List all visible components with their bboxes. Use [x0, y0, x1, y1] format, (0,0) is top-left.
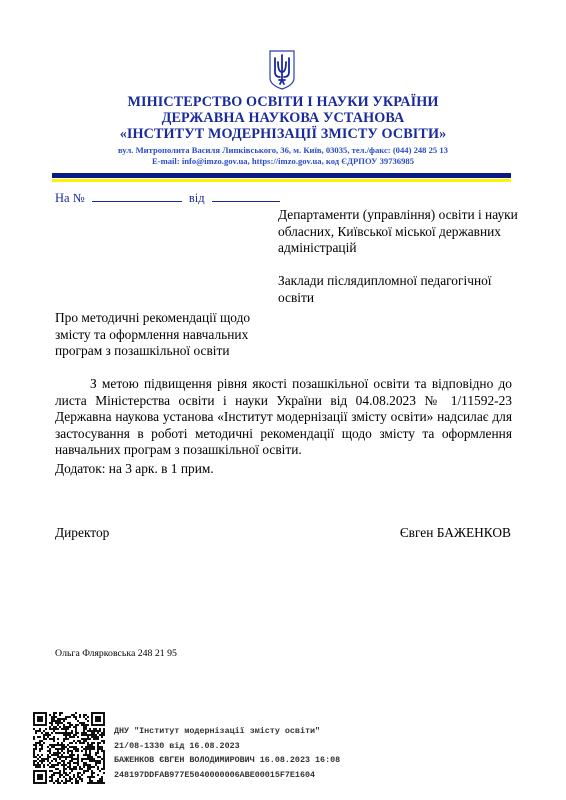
- reference-line: На № від: [55, 189, 280, 206]
- letter-body: З метою підвищення рівня якості позашкіл…: [55, 376, 512, 459]
- e-signature-signer: БАЖЕНКОВ ЄВГЕН ВОЛОДИМИРОВИЧ 16.08.2023 …: [114, 753, 340, 768]
- addressee-postgraduate-institutions: Заклади післядипломної педагогічної осві…: [278, 273, 528, 306]
- reference-number-blank: [92, 189, 182, 202]
- org-title-institute: «ІНСТИТУТ МОДЕРНІЗАЦІЇ ЗМІСТУ ОСВІТИ»: [0, 126, 566, 142]
- qr-code-icon: [33, 712, 105, 784]
- letter-subject: Про методичні рекомендації щодо змісту т…: [55, 310, 285, 360]
- addressee-departments: Департаменти (управління) освіти і науки…: [278, 207, 528, 257]
- org-contacts: E-mail: info@imzo.gov.ua, https://imzo.g…: [0, 156, 566, 167]
- tryzub-coat-of-arms-icon: [268, 50, 296, 90]
- header-divider-yellow: [52, 179, 511, 182]
- e-signature-stamp: ДНУ "Інститут модернізації змісту освіти…: [114, 724, 340, 782]
- reference-number-label: На №: [55, 191, 85, 205]
- org-title-ministry: МІНІСТЕРСТВО ОСВІТИ І НАУКИ УКРАЇНИ: [0, 94, 566, 110]
- e-signature-org: ДНУ "Інститут модернізації змісту освіти…: [114, 724, 340, 739]
- attachment-note: Додаток: на 3 арк. в 1 прим.: [55, 461, 214, 477]
- header-divider-blue: [52, 173, 511, 178]
- executor-contact: Ольга Флярковська 248 21 95: [55, 648, 177, 659]
- reference-date-blank: [212, 189, 280, 202]
- signatory-name: Євген БАЖЕНКОВ: [400, 525, 511, 541]
- e-signature-hash: 248197DDFAB977E5040000006ABE00015F7E1604: [114, 768, 340, 783]
- org-title-institution-type: ДЕРЖАВНА НАУКОВА УСТАНОВА: [0, 110, 566, 126]
- e-signature-reg-number: 21/08-1330 від 16.08.2023: [114, 739, 340, 754]
- reference-date-label: від: [189, 191, 205, 205]
- signatory-title: Директор: [55, 525, 109, 541]
- org-address: вул. Митрополита Василя Липківського, 36…: [0, 145, 566, 156]
- addressee-block: Департаменти (управління) освіти і науки…: [278, 207, 528, 323]
